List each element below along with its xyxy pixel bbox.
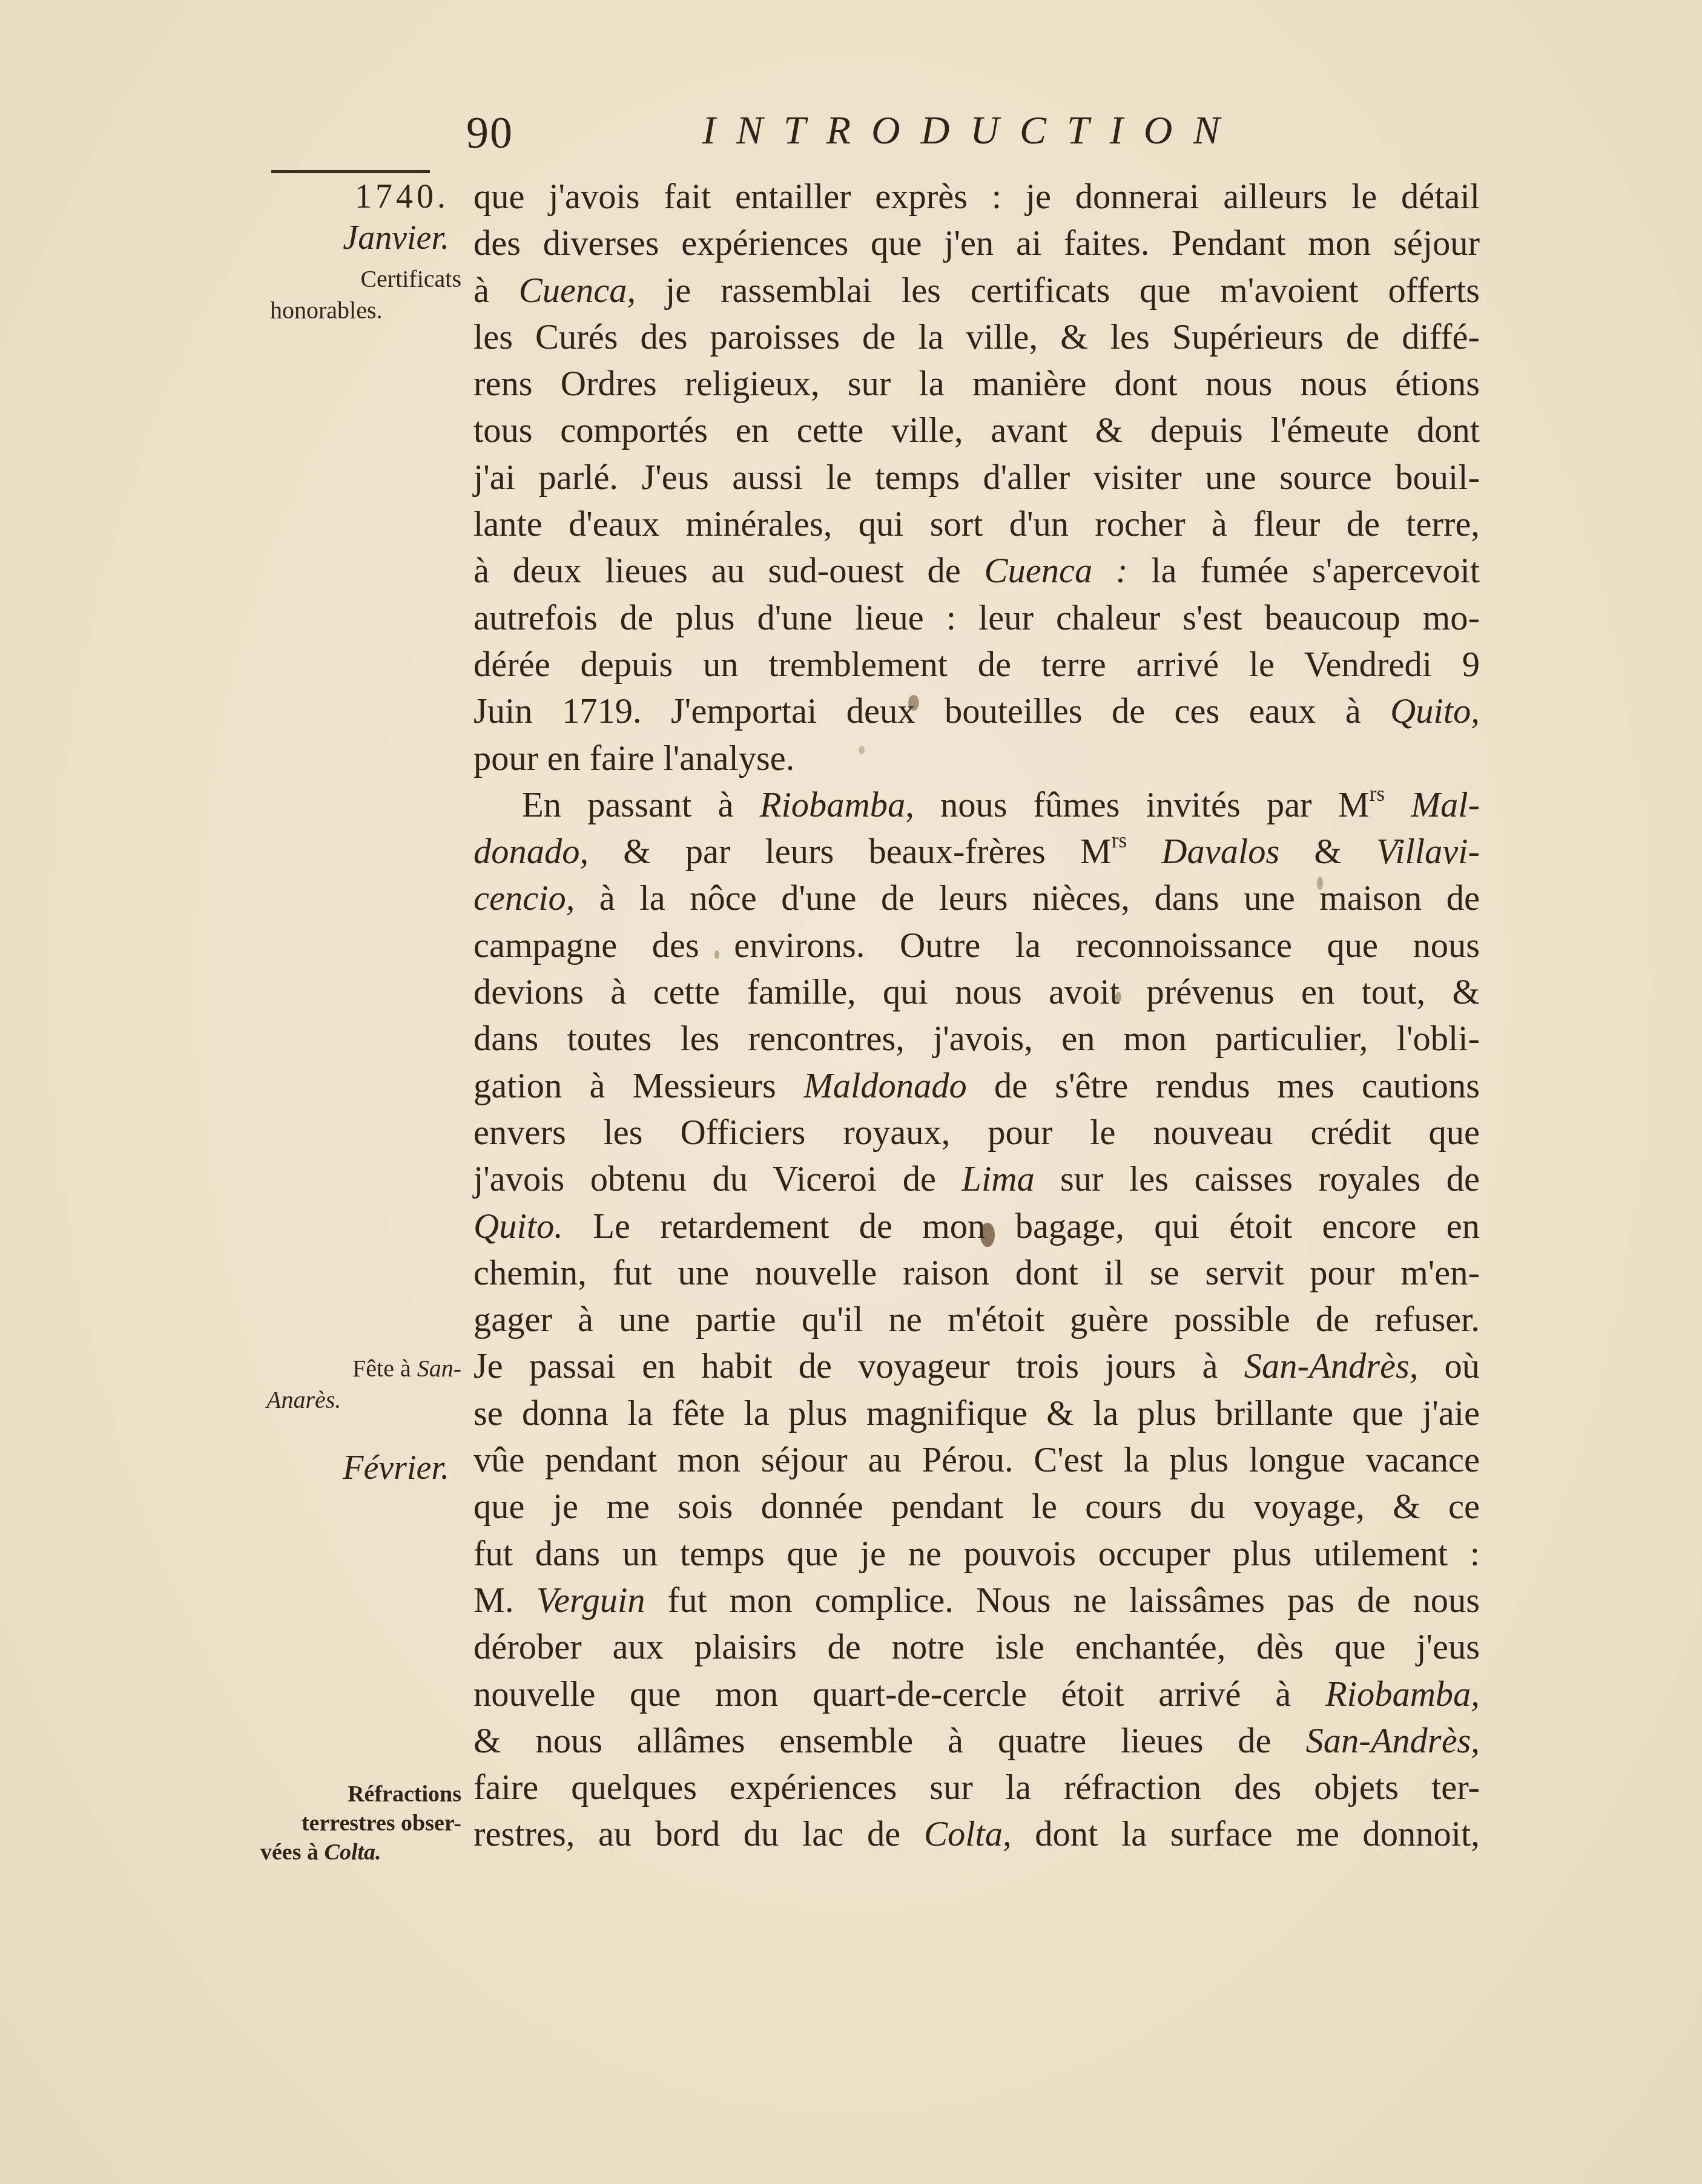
italic-name: Mal- [1411,785,1480,824]
text-line: rens Ordres religieux, sur la manière do… [473,360,1480,407]
text-line: dérée depuis un tremblement de terre arr… [473,641,1480,688]
text-line: campagne des environs. Outre la reconnoi… [473,922,1480,969]
text-line: gager à une partie qu'il ne m'étoit guèr… [473,1296,1480,1343]
text-line: dans toutes les rencontres, j'avois, en … [473,1015,1480,1062]
margin-note-refractions: Réfractions terrestres obser- vées à Col… [260,1780,461,1867]
text-line: tous comportés en cette ville, avant & d… [473,407,1480,453]
margin-note-line: honorables. [266,295,461,326]
margin-note-place: San- [417,1355,461,1382]
italic-name: Riobamba [760,785,905,824]
body-text: que j'avois fait entailler exprès : je d… [473,173,1480,1858]
margin-note-text: vées à [260,1840,325,1865]
text-line: que j'avois fait entailler exprès : je d… [473,173,1480,220]
italic-name: Cuenca : [984,551,1127,590]
text-line: fut dans un temps que je ne pouvois occu… [473,1530,1480,1577]
text-line: autrefois de plus d'une lieue : leur cha… [473,594,1480,641]
text-line: faire quelques expériences sur la réfrac… [473,1764,1480,1811]
margin-rule [271,170,430,173]
text-line: cencio, à la nôce d'une de leurs nièces,… [473,875,1480,921]
text-line: donado, & par leurs beaux-frères Mrs Dav… [473,828,1480,875]
margin-month-fevrier: Février. [266,1447,449,1489]
margin-note-place: Colta. [325,1840,381,1865]
text-line: à Cuenca, je rassemblai les certificats … [473,267,1480,314]
text-line: pour en faire l'analyse. [473,735,1480,781]
text-line: j'ai parlé. J'eus aussi le temps d'aller… [473,454,1480,501]
italic-name: Villavi- [1376,832,1480,871]
page-number: 90 [466,108,513,159]
running-title: INTRODUCTION [702,108,1240,154]
text-line: les Curés des paroisses de la ville, & l… [473,314,1480,360]
italic-name: Quito, [1390,691,1480,731]
italic-name: Verguin [536,1580,645,1620]
italic-name: San-Andrès, [1244,1346,1419,1386]
text-line: chemin, fut une nouvelle raison dont il … [473,1249,1480,1296]
text-line: Je passai en habit de voyageur trois jou… [473,1343,1480,1389]
margin-note-line: Fête à San- [266,1353,461,1384]
margin-note-line: Réfractions [260,1780,461,1809]
text-line: des diverses expériences que j'en ai fai… [473,220,1480,266]
italic-name: San-Andrès, [1305,1721,1480,1760]
italic-name: cencio, [473,878,575,918]
text-line: En passant à Riobamba, nous fûmes invité… [473,781,1480,828]
text-line: à deux lieues au sud-ouest de Cuenca : l… [473,547,1480,594]
italic-name: donado, [473,832,589,871]
superscript: rs [1112,829,1127,852]
italic-name: Colta, [924,1814,1012,1853]
superscript: rs [1370,782,1385,806]
margin-note-line: Certificats [266,263,461,295]
margin-note-fete: Fête à San- Anarès. [266,1353,461,1416]
text-line: & nous allâmes ensemble à quatre lieues … [473,1717,1480,1764]
margin-note-place: Anarès. [266,1384,461,1416]
margin-year: 1740. [266,176,449,218]
text-line: M. Verguin fut mon complice. Nous ne lai… [473,1577,1480,1623]
text-line: j'avois obtenu du Viceroi de Lima sur le… [473,1156,1480,1202]
text-line: Quito. Le retardement de mon bagage, qui… [473,1203,1480,1249]
book-page: 90 INTRODUCTION 1740. Janvier. Certifica… [0,0,1702,2184]
italic-name: Quito. [473,1206,563,1246]
text-line: nouvelle que mon quart-de-cercle étoit a… [473,1671,1480,1717]
margin-month-janvier: Janvier. [266,217,449,259]
italic-name: Davalos [1161,832,1279,871]
italic-name: Riobamba, [1325,1674,1480,1714]
text-line: lante d'eaux minérales, qui sort d'un ro… [473,501,1480,547]
text-line: gation à Messieurs Maldonado de s'être r… [473,1062,1480,1109]
margin-note-text: Fête à [352,1355,417,1382]
text-line: vûe pendant mon séjour au Pérou. C'est l… [473,1436,1480,1483]
margin-note-certificats: Certificats honorables. [266,263,461,326]
italic-name: Cuenca, [519,271,636,310]
text-line: envers les Officiers royaux, pour le nou… [473,1109,1480,1156]
text-line: dérober aux plaisirs de notre isle encha… [473,1623,1480,1670]
text-line: se donna la fête la plus magnifique & la… [473,1390,1480,1436]
italic-name: Maldonado [803,1066,967,1105]
text-line: Juin 1719. J'emportai deux bouteilles de… [473,688,1480,734]
text-line: que je me sois donnée pendant le cours d… [473,1483,1480,1530]
italic-name: Lima [961,1159,1034,1199]
text-line: restres, au bord du lac de Colta, dont l… [473,1811,1480,1857]
margin-note-line: vées à Colta. [260,1838,461,1867]
margin-note-line: terrestres obser- [260,1809,461,1838]
text-line: devions à cette famille, qui nous avoit … [473,969,1480,1015]
